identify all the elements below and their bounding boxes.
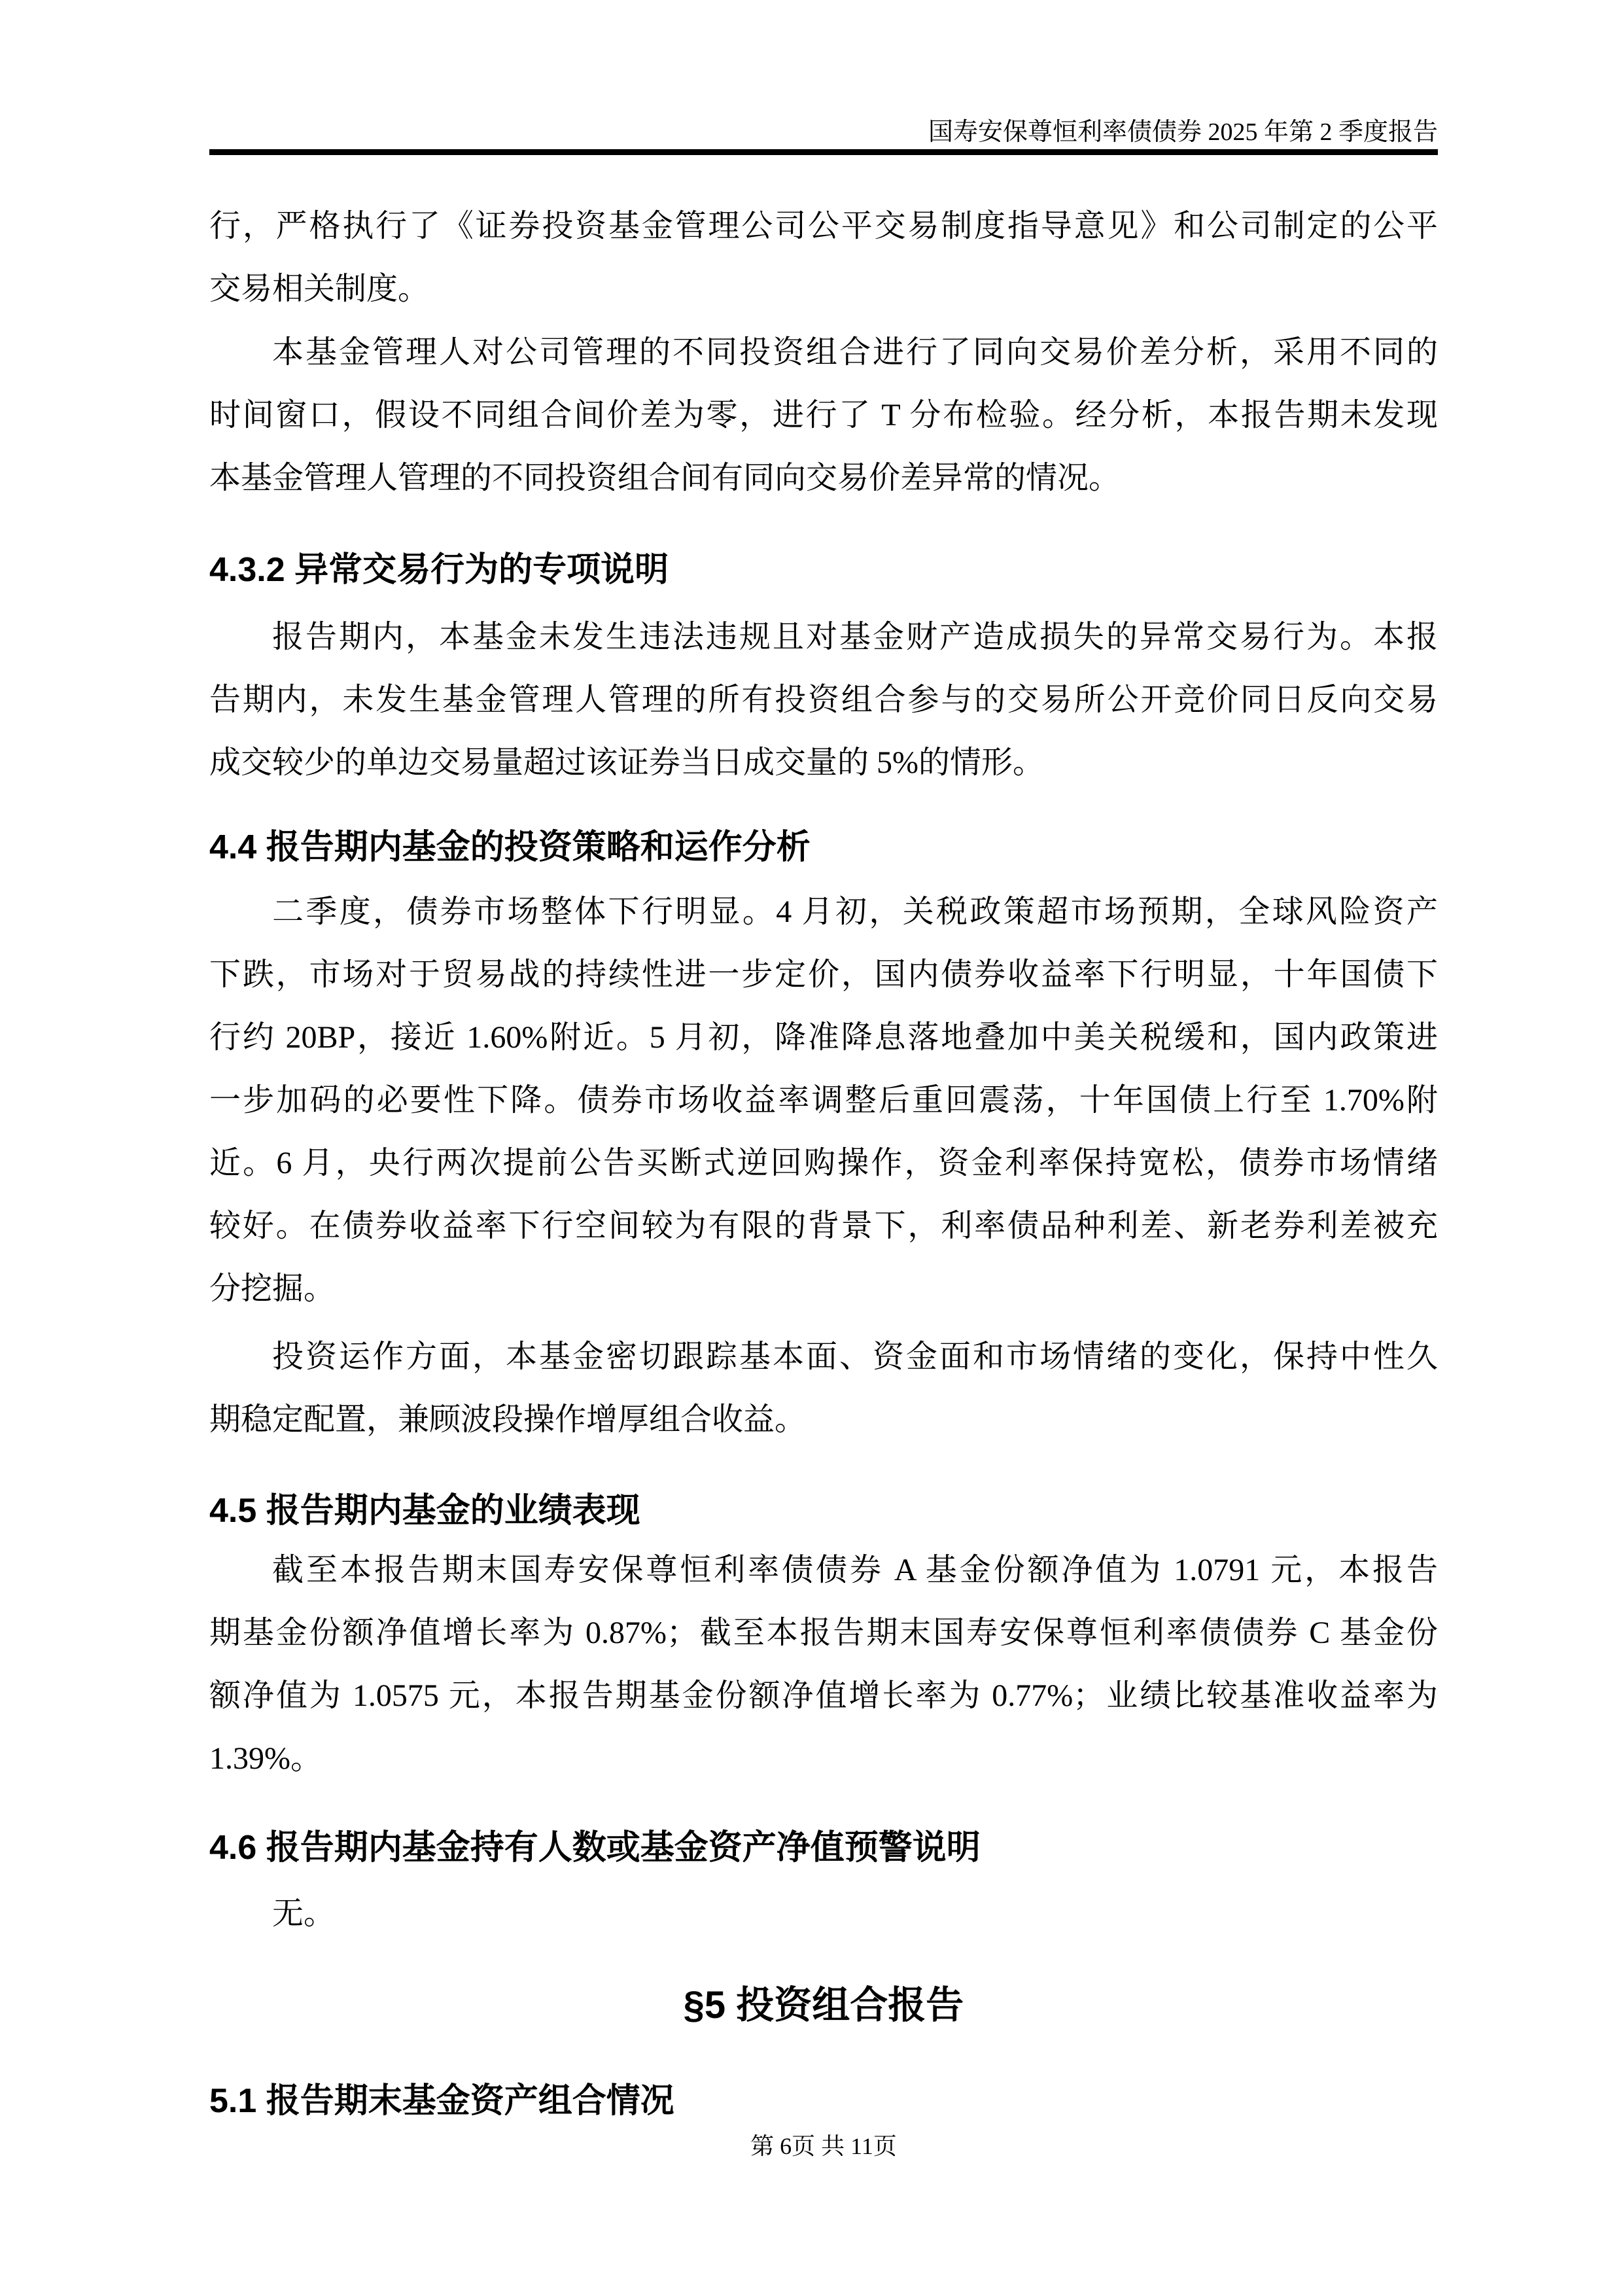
report-page: 国寿安保尊恒利率债债券 2025 年第 2 季度报告 行，严格执行了《证券投资基… <box>0 0 1623 2296</box>
chapter-heading-section5: §5 投资组合报告 <box>209 1982 1438 2029</box>
para-operation: 投资运作方面，本基金密切跟踪基本面、资金面和市场情绪的变化，保持中性久 期稳定配… <box>209 1326 1438 1451</box>
para-performance: 截至本报告期末国寿安保尊恒利率债债券 A 基金份额净值为 1.0791 元，本报… <box>209 1539 1438 1790</box>
heading-4-6: 4.6 报告期内基金持有人数或基金资产净值预警说明 <box>209 1827 1438 1869</box>
para-line: 分挖掘。 <box>209 1258 1438 1320</box>
para-line: 期基金份额净值增长率为 0.87%；截至本报告期末国寿安保尊恒利率债债券 C 基… <box>209 1602 1438 1665</box>
para-line: 时间窗口，假设不同组合间价差为零，进行了 T 分布检验。经分析，本报告期未发现 <box>209 384 1438 447</box>
header-rule <box>209 149 1438 155</box>
heading-4-3-2: 4.3.2 异常交易行为的专项说明 <box>209 549 1438 591</box>
para-line: 二季度，债券市场整体下行明显。4 月初，关税政策超市场预期，全球风险资产 <box>209 881 1438 944</box>
para-line: 较好。在债券收益率下行空间较为有限的背景下，利率债品种利差、新老券利差被充 <box>209 1195 1438 1258</box>
para-line: 行，严格执行了《证券投资基金管理公司公平交易制度指导意见》和公司制定的公平 <box>209 195 1438 258</box>
para-line: 下跌，市场对于贸易战的持续性进一步定价，国内债券收益率下行明显，十年国债下 <box>209 944 1438 1006</box>
para-line: 交易相关制度。 <box>209 258 1438 321</box>
heading-5-1: 5.1 报告期末基金资产组合情况 <box>209 2080 1438 2122</box>
heading-4-4: 4.4 报告期内基金的投资策略和运作分析 <box>209 826 1438 868</box>
para-price-diff-analysis: 本基金管理人对公司管理的不同投资组合进行了同向交易价差分析，采用不同的 时间窗口… <box>209 321 1438 510</box>
para-fair-trade: 行，严格执行了《证券投资基金管理公司公平交易制度指导意见》和公司制定的公平 交易… <box>209 195 1438 321</box>
heading-4-5: 4.5 报告期内基金的业绩表现 <box>209 1490 1438 1532</box>
para-line: 截至本报告期末国寿安保尊恒利率债债券 A 基金份额净值为 1.0791 元，本报… <box>209 1539 1438 1602</box>
para-line: 报告期内，本基金未发生违法违规且对基金财产造成损失的异常交易行为。本报 <box>209 606 1438 669</box>
para-line: 投资运作方面，本基金密切跟踪基本面、资金面和市场情绪的变化，保持中性久 <box>209 1326 1438 1388</box>
para-line: 告期内，未发生基金管理人管理的所有投资组合参与的交易所公开竞价同日反向交易 <box>209 669 1438 732</box>
para-line: 本基金管理人管理的不同投资组合间有同向交易价差异常的情况。 <box>209 447 1438 510</box>
para-line: 额净值为 1.0575 元，本报告期基金份额净值增长率为 0.77%；业绩比较基… <box>209 1665 1438 1727</box>
para-line: 1.39%。 <box>209 1727 1438 1790</box>
page-header-title: 国寿安保尊恒利率债债券 2025 年第 2 季度报告 <box>209 118 1438 147</box>
page-footer: 第 6页 共 11页 <box>209 2132 1438 2161</box>
para-line: 期稳定配置，兼顾波段操作增厚组合收益。 <box>209 1388 1438 1451</box>
para-line: 本基金管理人对公司管理的不同投资组合进行了同向交易价差分析，采用不同的 <box>209 321 1438 384</box>
para-line: 行约 20BP，接近 1.60%附近。5 月初，降准降息落地叠加中美关税缓和，国… <box>209 1006 1438 1069</box>
para-line: 成交较少的单边交易量超过该证券当日成交量的 5%的情形。 <box>209 732 1438 794</box>
para-none: 无。 <box>209 1882 1438 1945</box>
para-abnormal-trading: 报告期内，本基金未发生违法违规且对基金财产造成损失的异常交易行为。本报 告期内，… <box>209 606 1438 794</box>
para-line: 近。6 月，央行两次提前公告买断式逆回购操作，资金利率保持宽松，债券市场情绪 <box>209 1132 1438 1195</box>
para-line: 无。 <box>209 1882 1438 1945</box>
para-line: 一步加码的必要性下降。债券市场收益率调整后重回震荡，十年国债上行至 1.70%附 <box>209 1069 1438 1132</box>
para-strategy: 二季度，债券市场整体下行明显。4 月初，关税政策超市场预期，全球风险资产 下跌，… <box>209 881 1438 1320</box>
